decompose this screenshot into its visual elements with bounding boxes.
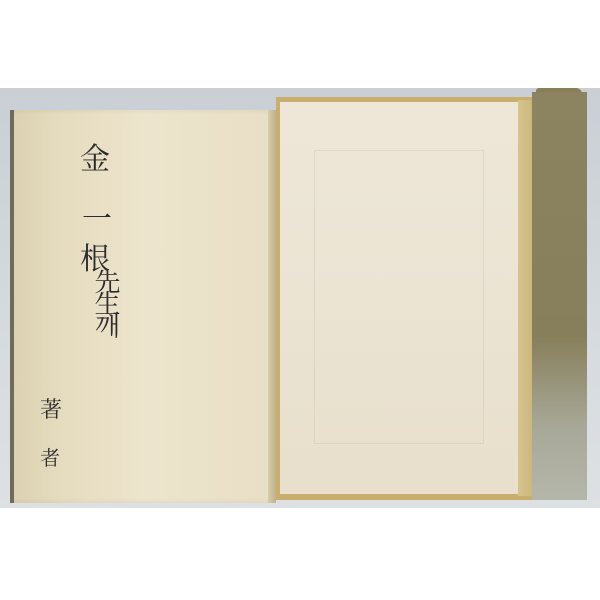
- inscription-honorific: 先生깨: [92, 268, 118, 334]
- book-gutter: [268, 110, 276, 503]
- signature-author-char-2: 者: [40, 448, 60, 468]
- book-spine: [532, 92, 587, 500]
- inscription-name-char-2: 一: [82, 205, 112, 235]
- signature-author-char-1: 著: [40, 400, 62, 422]
- page-impression-frame: [314, 150, 484, 444]
- left-endpaper: [14, 110, 276, 503]
- inscription-name-char-1: 金: [80, 145, 110, 175]
